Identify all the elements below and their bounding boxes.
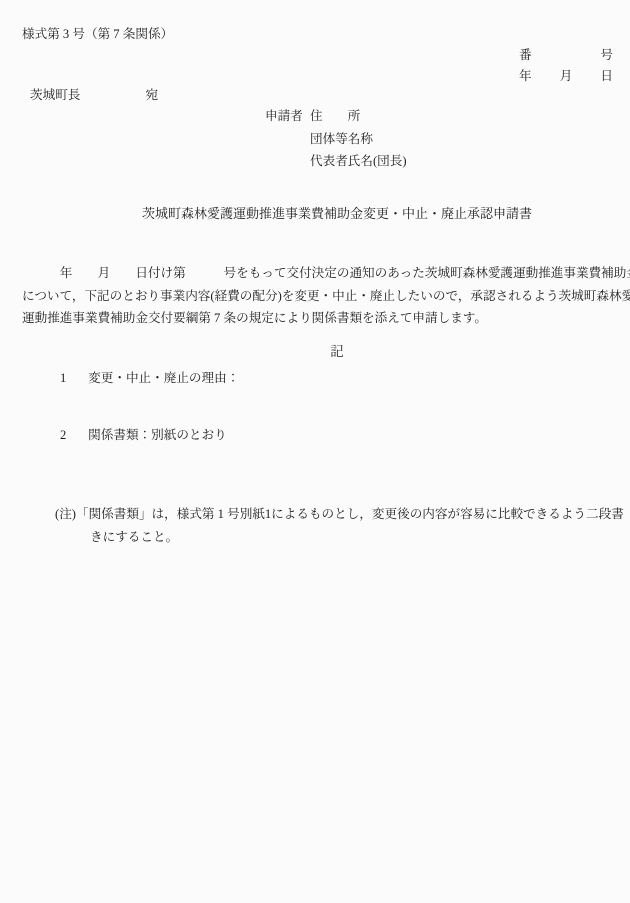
- applicant-org-label: 団体等名称: [310, 128, 373, 151]
- record-item-2: 2 関係書類：別紙のとおり: [60, 425, 227, 445]
- applicant-label: 申請者: [265, 105, 310, 128]
- applicant-address-row: 申請者 住 所: [265, 105, 407, 128]
- applicant-address-label: 住 所: [310, 105, 360, 128]
- note-line-1: (注)「関係書類」は，様式第 1 号別紙1によるものとし，変更後の内容が容易に比…: [55, 504, 624, 524]
- document-number-line: 番 号: [519, 45, 613, 65]
- body-line-2: について，下記のとおり事業内容(経費の配分)を変更・中止・廃止したいので，承認さ…: [22, 285, 622, 308]
- item-1-text: 変更・中止・廃止の理由：: [88, 371, 239, 385]
- record-item-1: 1 変更・中止・廃止の理由：: [60, 368, 239, 388]
- body-line-1: 年 月 日付け第 号をもって交付決定の通知のあった茨城町森林愛護運動推進事業費補…: [22, 262, 622, 285]
- applicant-label-spacer: [265, 150, 310, 173]
- applicant-rep-row: 代表者氏名(団長): [265, 150, 407, 173]
- document-page: 様式第 3 号（第 7 条関係） 番 号 年 月 日 茨城町長 宛 申請者 住 …: [0, 0, 630, 903]
- addressee-name: 茨城町長: [30, 88, 80, 102]
- applicant-rep-label: 代表者氏名(団長): [310, 150, 407, 173]
- item-2-number: 2: [60, 425, 85, 445]
- item-1-number: 1: [60, 368, 85, 388]
- date-month-label: 月: [560, 66, 573, 86]
- doc-number-suffix: 号: [600, 45, 613, 65]
- addressee-suffix: 宛: [146, 88, 159, 102]
- body-line-3: 運動推進事業費補助金交付要綱第 7 条の規定により関係書類を添えて申請します。: [22, 307, 622, 330]
- item-2-text: 関係書類：別紙のとおり: [88, 428, 227, 442]
- doc-number-label: 番: [519, 45, 532, 65]
- applicant-label-spacer: [265, 128, 310, 151]
- note-line-2: きにすること。: [90, 527, 178, 547]
- date-day-label: 日: [600, 66, 613, 86]
- date-line: 年 月 日: [519, 66, 613, 86]
- applicant-block: 申請者 住 所 団体等名称 代表者氏名(団長): [265, 105, 407, 173]
- form-number-label: 様式第 3 号（第 7 条関係）: [22, 24, 173, 44]
- date-year-label: 年: [519, 66, 532, 86]
- addressee-line: 茨城町長 宛: [30, 85, 158, 105]
- document-title: 茨城町森林愛護運動推進事業費補助金変更・中止・廃止承認申請書: [44, 204, 630, 224]
- applicant-org-row: 団体等名称: [265, 128, 407, 151]
- body-paragraph: 年 月 日付け第 号をもって交付決定の通知のあった茨城町森林愛護運動推進事業費補…: [22, 262, 622, 330]
- record-heading: 記: [44, 342, 630, 362]
